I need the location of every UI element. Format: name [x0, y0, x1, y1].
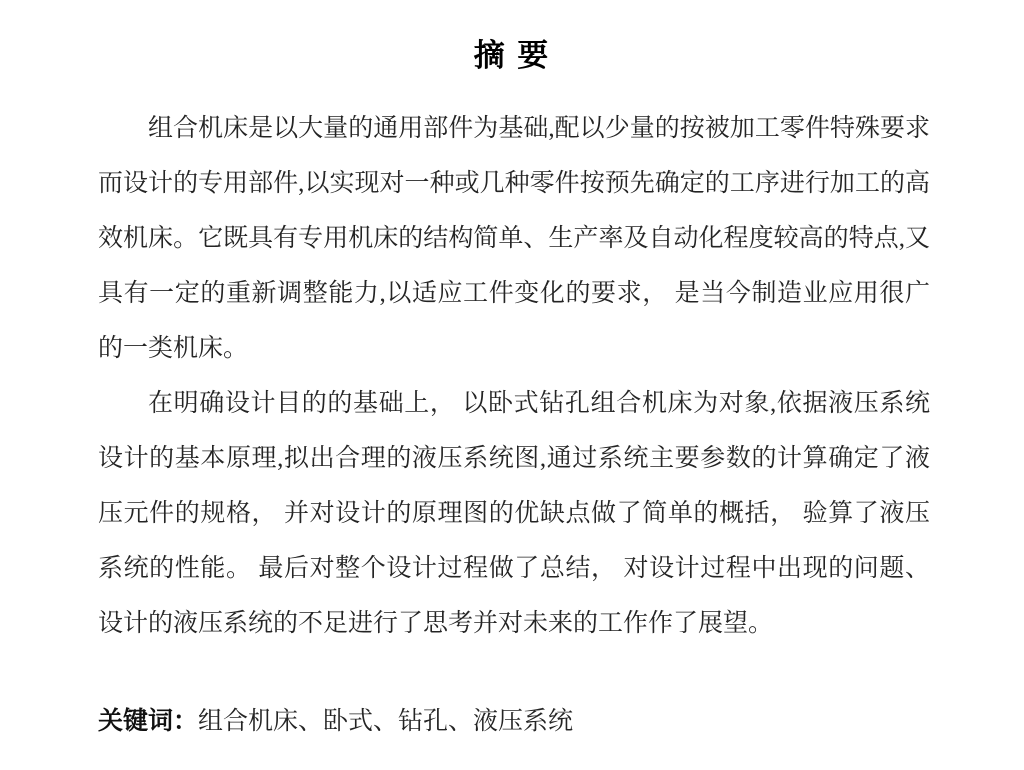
page-title: 摘 要: [0, 0, 1024, 75]
keywords-label: 关键词：: [98, 707, 198, 735]
abstract-paragraph-1: 组合机床是以大量的通用部件为基础,配以少量的按被加工零件特殊要求而设计的专用部件…: [98, 101, 930, 376]
keywords-text: 组合机床、卧式、钻孔、液压系统: [198, 708, 573, 735]
abstract-paragraph-2: 在明确设计目的的基础上， 以卧式钻孔组合机床为对象,依据液压系统设计的基本原理,…: [98, 376, 930, 651]
abstract-page: 摘 要 组合机床是以大量的通用部件为基础,配以少量的按被加工零件特殊要求而设计的…: [0, 0, 1024, 770]
keywords-line: 关键词：组合机床、卧式、钻孔、液压系统: [98, 701, 930, 742]
abstract-body: 组合机床是以大量的通用部件为基础,配以少量的按被加工零件特殊要求而设计的专用部件…: [98, 101, 930, 742]
